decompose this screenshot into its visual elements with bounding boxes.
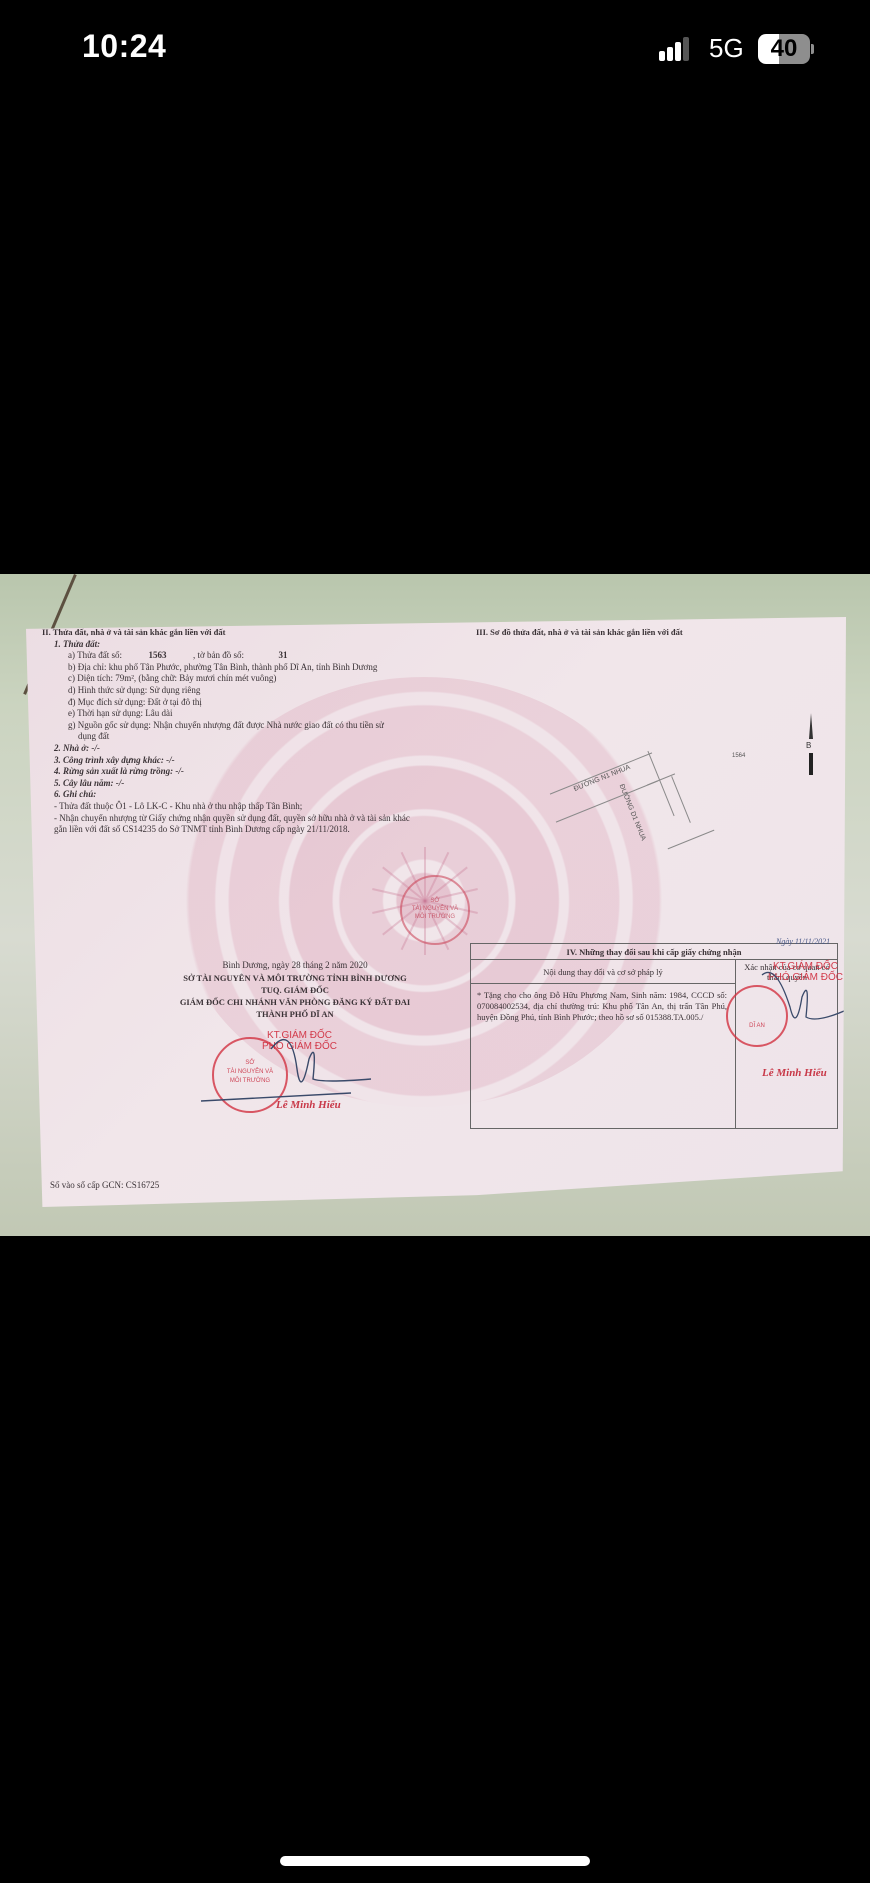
photo-viewer-image[interactable]: II. Thửa đất, nhà ở và tài sản khác gắn … [0,574,870,1236]
map-sheet-number: 31 [278,650,287,660]
signature-icon [756,967,846,1047]
signer-name: Lê Minh Hiếu [276,1099,341,1111]
other-construction-row: 3. Công trình xây dựng khác: -/- [42,755,422,767]
issuing-branch: GIÁM ĐỐC CHI NHÁNH VĂN PHÒNG ĐĂNG KÝ ĐẤT… [130,996,460,1008]
stamp-text: TÀI NGUYÊN VÀ [402,905,468,913]
usage-origin-cont: dụng đất [42,731,422,743]
area-row: c) Diện tích: 79m², (bằng chữ: Bảy mươi … [42,673,422,685]
note-item: - Nhận chuyển nhượng từ Giấy chứng nhận … [42,813,422,836]
section-title: II. Thửa đất, nhà ở và tài sản khác gắn … [42,627,422,639]
usage-purpose-row: đ) Mục đích sử dụng: Đất ở tại đô thị [42,697,422,709]
perennial-trees-row: 5. Cây lâu năm: -/- [42,778,422,790]
usage-origin-row: g) Nguồn gốc sử dụng: Nhận chuyển nhượng… [42,720,422,732]
issuing-city: THÀNH PHỐ DĨ AN [130,1008,460,1020]
cellular-signal-icon [659,37,691,61]
signature-icon [201,1029,381,1109]
north-arrow-icon: B [806,713,816,777]
stamp-text: MÔI TRƯỜNG [402,913,468,921]
stamp-text: SỞ [402,897,468,905]
status-time: 10:24 [82,28,166,65]
battery-tip [811,44,814,54]
north-letter: B [806,741,811,750]
battery-level: 40 [758,35,810,63]
issue-date: Bình Dương, ngày 28 tháng 2 năm 2020 [130,960,460,972]
adjacent-parcel-id: 1564 [732,753,745,759]
issuing-authority: TUQ. GIÁM ĐỐC [130,984,460,996]
home-indicator-bar[interactable] [280,1856,590,1866]
parcel-label: a) Thửa đất số: [68,650,122,660]
center-seal-stamp: SỞ TÀI NGUYÊN VÀ MÔI TRƯỜNG [400,875,470,945]
house-row: 2. Nhà ở: -/- [42,743,422,755]
changes-table-title: IV. Những thay đổi sau khi cấp giấy chứn… [471,944,837,960]
road-label-d1: ĐƯỜNG D1 NHUA [618,783,647,841]
diagram-section-title: III. Sơ đồ thửa đất, nhà ở và tài sản kh… [476,627,683,639]
column-header-content: Nội dung thay đổi và cơ sở pháp lý [471,960,735,984]
column-divider [735,960,736,1128]
signer-name: Lê Minh Hiếu [762,1067,827,1079]
handwritten-date: Ngày 11/11/2021 [776,937,830,946]
address-row: b) Địa chỉ: khu phố Tân Phước, phường Tâ… [42,662,422,674]
usage-term-row: e) Thời hạn sử dụng: Lâu dài [42,708,422,720]
signature-block: Bình Dương, ngày 28 tháng 2 năm 2020 SỞ … [130,960,460,1020]
gcn-registry-number: Số vào sổ cấp GCN: CS16725 [50,1180,159,1190]
note-item: - Thửa đất thuộc Ô1 - Lô LK-C - Khu nhà … [42,801,422,813]
network-type: 5G [709,33,744,64]
land-heading: 1. Thửa đất: [42,639,422,651]
usage-form-row: d) Hình thức sử dụng: Sử dụng riêng [42,685,422,697]
change-entry: * Tặng cho cho ông Đỗ Hữu Phương Nam, Si… [477,990,727,1023]
status-bar: 10:24 5G 40 [0,0,870,100]
issuing-org: SỞ TÀI NGUYÊN VÀ MÔI TRƯỜNG TỈNH BÌNH DƯ… [130,972,460,984]
parcel-row: a) Thửa đất số: 1563 , tờ bản đồ số: 31 [42,650,422,662]
parcel-diagram: ĐƯỜNG N1 NHUA ĐƯỜNG D1 NHUA 1564 [546,753,736,873]
map-sheet-label: , tờ bản đồ số: [193,650,244,660]
notes-heading: 6. Ghi chú: [42,789,422,801]
battery-icon: 40 [758,34,810,64]
parcel-number: 1563 [148,650,166,660]
land-certificate: II. Thửa đất, nhà ở và tài sản khác gắn … [26,617,846,1213]
production-forest-row: 4. Rừng sản xuất là rừng trồng: -/- [42,766,422,778]
land-details-section: II. Thửa đất, nhà ở và tài sản khác gắn … [42,627,422,836]
